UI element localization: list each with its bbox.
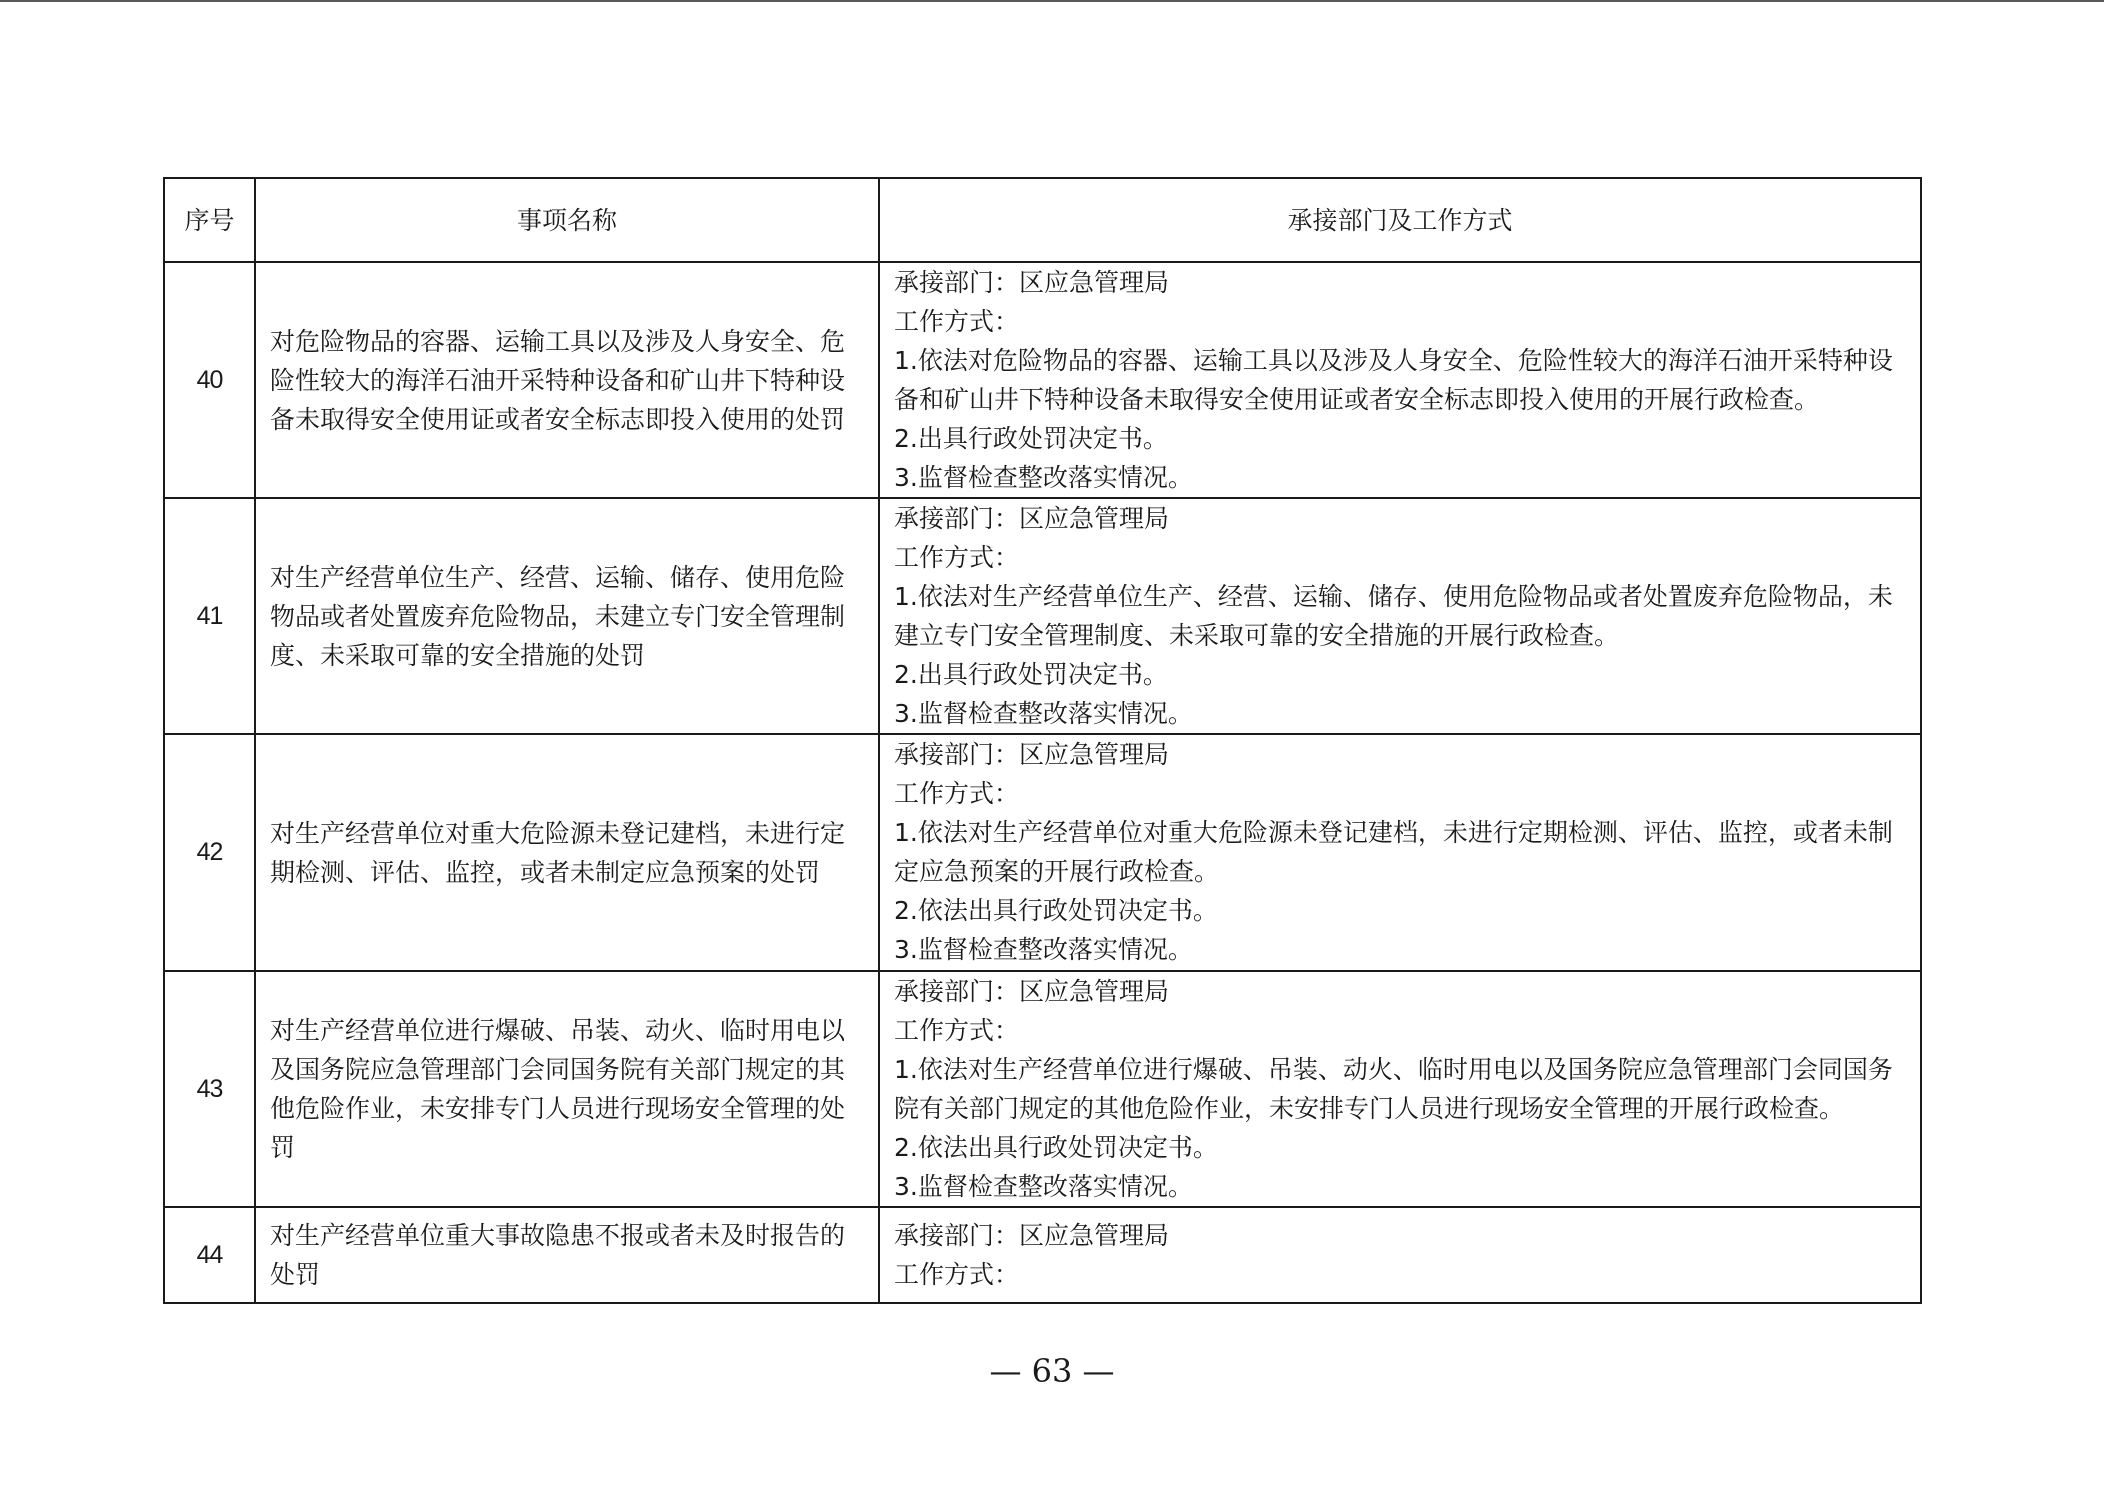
dept-line: 承接部门：区应急管理局 [894,735,1910,774]
method-label: 工作方式： [894,538,1910,577]
method-step: 1.依法对生产经营单位对重大危险源未登记建档，未进行定期检测、评估、监控，或者未… [894,813,1910,891]
dept-line: 承接部门：区应急管理局 [894,499,1910,538]
row-seq: 41 [164,498,255,734]
row-dept-method: 承接部门：区应急管理局 工作方式： 1.依法对生产经营单位进行爆破、吊装、动火、… [879,971,1921,1207]
table-row: 43 对生产经营单位进行爆破、吊装、动火、临时用电以及国务院应急管理部门会同国务… [164,971,1921,1207]
row-seq: 43 [164,971,255,1207]
method-step: 3.监督检查整改落实情况。 [894,694,1910,733]
items-table: 序号 事项名称 承接部门及工作方式 40 对危险物品的容器、运输工具以及涉及人身… [163,177,1922,1304]
row-item-name: 对生产经营单位对重大危险源未登记建档，未进行定期检测、评估、监控，或者未制定应急… [255,734,879,971]
method-label: 工作方式： [894,774,1910,813]
row-item-name: 对生产经营单位进行爆破、吊装、动火、临时用电以及国务院应急管理部门会同国务院有关… [255,971,879,1207]
item-name-text: 对生产经营单位进行爆破、吊装、动火、临时用电以及国务院应急管理部门会同国务院有关… [270,1011,866,1167]
table-header-row: 序号 事项名称 承接部门及工作方式 [164,178,1921,262]
row-item-name: 对生产经营单位重大事故隐患不报或者未及时报告的处罚 [255,1207,879,1303]
header-seq: 序号 [164,178,255,262]
dept-line: 承接部门：区应急管理局 [894,972,1910,1011]
method-step: 3.监督检查整改落实情况。 [894,1167,1910,1206]
dept-line: 承接部门：区应急管理局 [894,1216,1910,1255]
row-seq: 40 [164,262,255,498]
table-row: 40 对危险物品的容器、运输工具以及涉及人身安全、危险性较大的海洋石油开采特种设… [164,262,1921,498]
method-step: 3.监督检查整改落实情况。 [894,458,1910,497]
header-dept-method: 承接部门及工作方式 [879,178,1921,262]
method-label: 工作方式： [894,302,1910,341]
method-label: 工作方式： [894,1255,1910,1294]
table-row: 42 对生产经营单位对重大危险源未登记建档，未进行定期检测、评估、监控，或者未制… [164,734,1921,971]
row-seq: 44 [164,1207,255,1303]
table-row: 44 对生产经营单位重大事故隐患不报或者未及时报告的处罚 承接部门：区应急管理局… [164,1207,1921,1303]
row-dept-method: 承接部门：区应急管理局 工作方式： 1.依法对生产经营单位生产、经营、运输、储存… [879,498,1921,734]
row-dept-method: 承接部门：区应急管理局 工作方式： 1.依法对生产经营单位对重大危险源未登记建档… [879,734,1921,971]
method-step: 2.依法出具行政处罚决定书。 [894,1128,1910,1167]
item-name-text: 对生产经营单位生产、经营、运输、储存、使用危险物品或者处置废弃危险物品，未建立专… [270,558,866,675]
method-step: 1.依法对生产经营单位进行爆破、吊装、动火、临时用电以及国务院应急管理部门会同国… [894,1050,1910,1128]
page-number: — 63 — [0,1352,2104,1390]
dept-line: 承接部门：区应急管理局 [894,263,1910,302]
row-dept-method: 承接部门：区应急管理局 工作方式： 1.依法对危险物品的容器、运输工具以及涉及人… [879,262,1921,498]
row-item-name: 对危险物品的容器、运输工具以及涉及人身安全、危险性较大的海洋石油开采特种设备和矿… [255,262,879,498]
table-row: 41 对生产经营单位生产、经营、运输、储存、使用危险物品或者处置废弃危险物品，未… [164,498,1921,734]
method-step: 1.依法对生产经营单位生产、经营、运输、储存、使用危险物品或者处置废弃危险物品，… [894,577,1910,655]
method-step: 3.监督检查整改落实情况。 [894,930,1910,969]
page-top-rule [0,0,2104,2]
row-dept-method: 承接部门：区应急管理局 工作方式： [879,1207,1921,1303]
item-name-text: 对危险物品的容器、运输工具以及涉及人身安全、危险性较大的海洋石油开采特种设备和矿… [270,322,866,439]
method-step: 1.依法对危险物品的容器、运输工具以及涉及人身安全、危险性较大的海洋石油开采特种… [894,341,1910,419]
item-name-text: 对生产经营单位重大事故隐患不报或者未及时报告的处罚 [270,1216,866,1294]
header-item-name: 事项名称 [255,178,879,262]
row-item-name: 对生产经营单位生产、经营、运输、储存、使用危险物品或者处置废弃危险物品，未建立专… [255,498,879,734]
item-name-text: 对生产经营单位对重大危险源未登记建档，未进行定期检测、评估、监控，或者未制定应急… [270,814,866,892]
row-seq: 42 [164,734,255,971]
method-step: 2.依法出具行政处罚决定书。 [894,891,1910,930]
method-step: 2.出具行政处罚决定书。 [894,419,1910,458]
method-label: 工作方式： [894,1011,1910,1050]
method-step: 2.出具行政处罚决定书。 [894,655,1910,694]
